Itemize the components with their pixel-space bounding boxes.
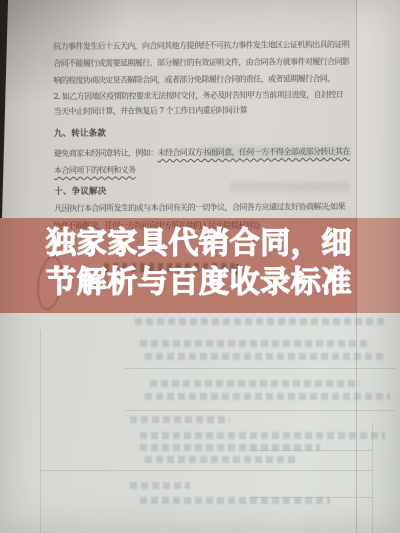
contract-text-line: 2. 如乙方因地区疫情防控要求无法按时交付，务必及时告知甲方当前项目进度，自封控… <box>54 89 344 102</box>
table-rule <box>125 368 395 369</box>
overlay-title-line2: 节解析与百度收录标准 <box>46 257 352 301</box>
table-rule <box>125 410 395 411</box>
ghost-text-row <box>145 456 295 463</box>
contract-text-line: 本合同项下的权利和义务 <box>54 164 135 176</box>
ghost-text-row <box>140 340 370 347</box>
overlay-title-line1: 独家家具代销合同，细 <box>46 218 352 262</box>
table-rule <box>250 497 372 498</box>
transfer-body-underlined-2: 本合同项下的权利和义务 <box>54 165 135 175</box>
contract-text-line: 合同不能履行或需要延期履行、部分履行的有效证明文件，由合同各方就事件对履行合同影 <box>53 56 349 69</box>
contract-photo: 抗力事件发生后十五天内，向合同其他方提供经不可抗力事件发生地区公证机构出具的证明… <box>0 0 400 533</box>
transfer-body-underlined: 未经合同双方书面同意，任何一方不得全部或部分转让其在 <box>158 147 350 157</box>
ghost-text-row <box>135 318 385 325</box>
title-overlay-band: 协商不能解决，任何一方均可向甲方所在地的人民法院提起诉讼 独家家具代销合同，细 … <box>0 218 400 313</box>
contract-page-bottom <box>0 313 400 533</box>
ghost-text-row <box>150 380 360 387</box>
contract-text-line: 当天中止时间计算，并在恢复后 7 个工作日内重启时间计算 <box>54 105 247 117</box>
table-rule <box>250 450 372 451</box>
contract-text-line: 避免商家未经同意转让，例如：未经合同双方书面同意，任何一方不得全部或部分转让其在 <box>54 146 350 159</box>
ghost-text-row <box>145 353 385 360</box>
ghost-text-row <box>145 393 390 400</box>
ghost-text-row <box>140 497 330 504</box>
ghost-text-row <box>130 416 230 423</box>
contract-text-line: 抗力事件发生后十五天内，向合同其他方提供经不可抗力事件发生地区公证机构出具的证明 <box>53 39 349 52</box>
ghost-text-row <box>140 432 385 439</box>
page-fold-line <box>356 0 357 533</box>
ghost-text-row <box>130 482 190 489</box>
section-heading-dispute: 十、争议解决 <box>54 185 106 197</box>
contract-text-line: 响的程度协商决定是否解除合同，或者部分免除履行合同的责任，或者延期履行合同、 <box>53 73 334 86</box>
page-fold-highlight <box>357 0 400 313</box>
table-rule <box>372 423 373 533</box>
table-rule <box>40 330 41 533</box>
section-heading-transfer: 九、转让条款 <box>54 127 106 139</box>
transfer-body-prefix: 避免商家未经同意转让，例如： <box>54 148 158 158</box>
table-rule <box>40 470 372 471</box>
contract-text-line: 凡因执行本合同所发生的或与本合同有关的一切争议，合同各方应通过友好协商解决;如果 <box>54 201 345 214</box>
